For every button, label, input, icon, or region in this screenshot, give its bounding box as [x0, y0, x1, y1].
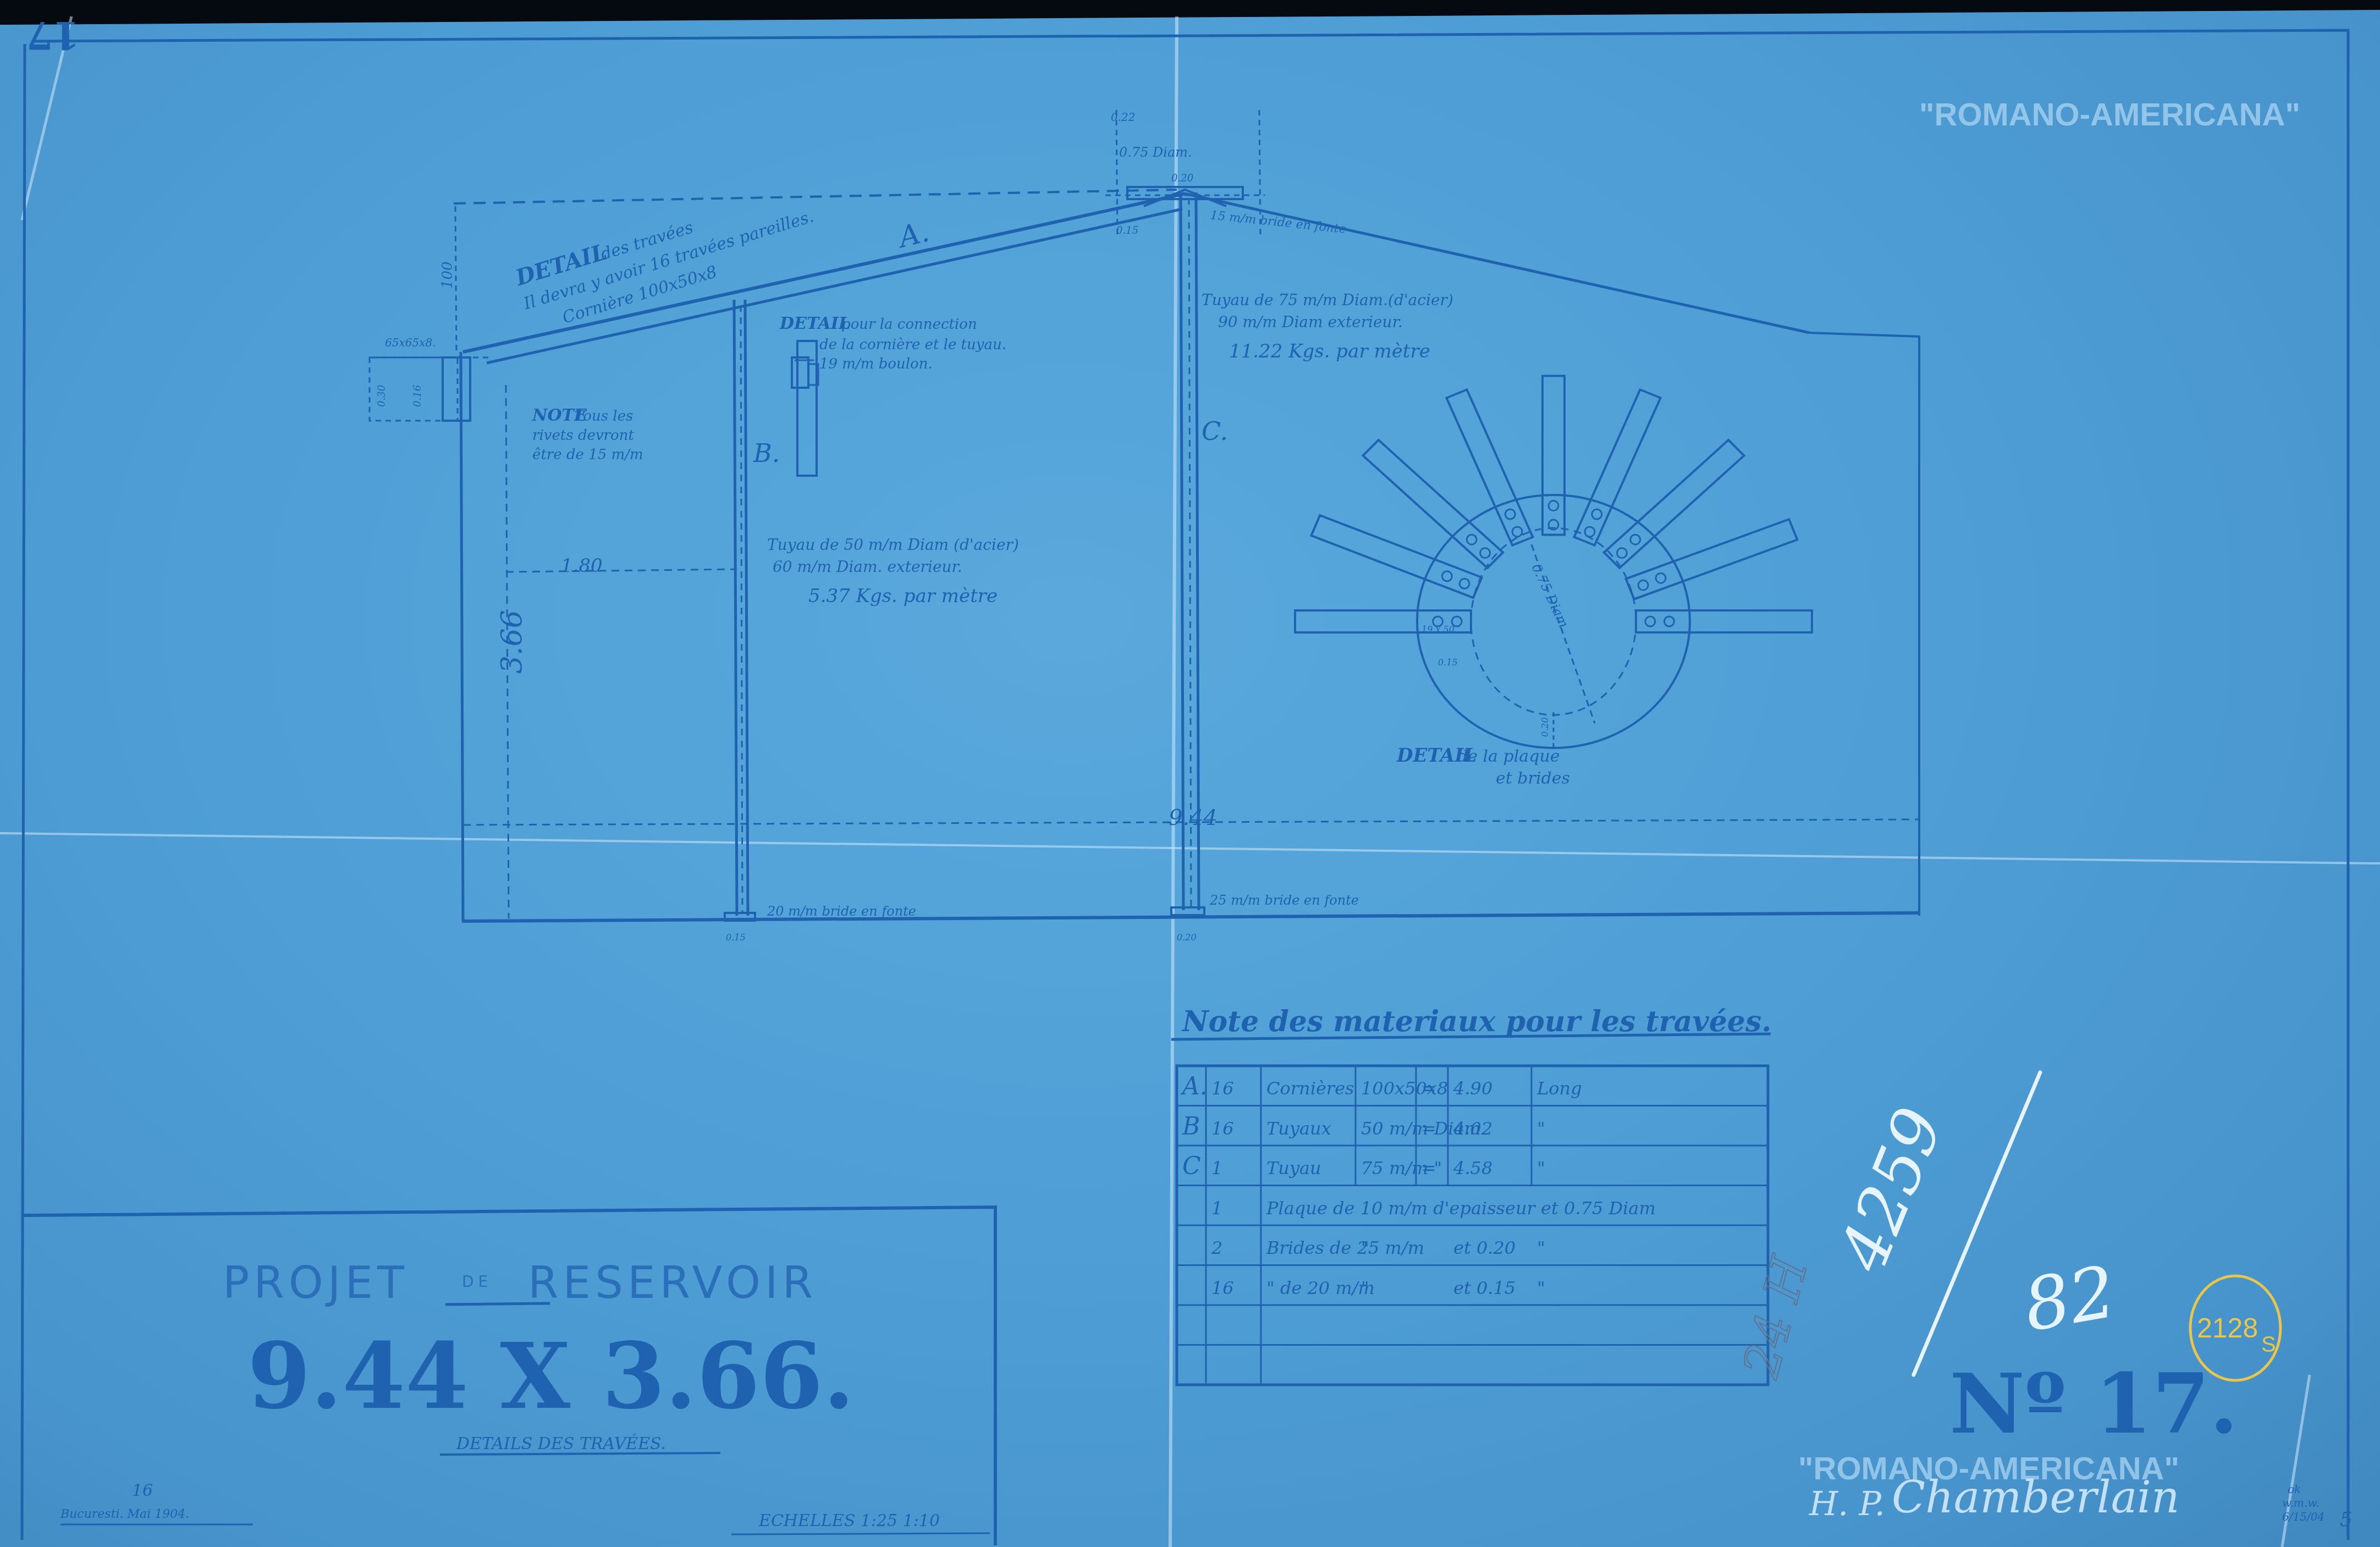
- table-cell-eq: =: [1422, 1078, 1436, 1099]
- svg-text:19 m/m boulon.: 19 m/m boulon.: [819, 356, 933, 372]
- svg-text:5: 5: [2340, 1509, 2353, 1531]
- svg-text:0.22: 0.22: [1111, 111, 1136, 124]
- svg-text:90 m/m Diam exterieur.: 90 m/m Diam exterieur.: [1218, 313, 1403, 331]
- table-cell-qty: 1: [1211, 1198, 1222, 1219]
- materials-table: Note des materiaux pour les travées. A.1…: [1171, 1005, 1771, 1385]
- table-cell-item: Plaque de 10 m/m d'epaisseur et 0.75 Dia…: [1266, 1198, 1656, 1219]
- svg-text:9.44: 9.44: [1169, 805, 1217, 830]
- project-de: DE: [462, 1273, 492, 1291]
- table-cell-qty: 16: [1211, 1278, 1234, 1298]
- svg-text:11.22 Kgs. par mètre: 11.22 Kgs. par mètre: [1229, 340, 1430, 362]
- svg-text:0.15: 0.15: [1438, 657, 1458, 668]
- svg-text:w.m.w.: w.m.w.: [2282, 1496, 2320, 1510]
- label-c: C.: [1202, 416, 1228, 446]
- sheet-border: [22, 30, 2348, 1540]
- svg-text:ok: ok: [2288, 1483, 2301, 1496]
- corner-mark: 17: [26, 13, 80, 58]
- table-cell-unit: ": [1537, 1237, 1545, 1258]
- table-cell-qty: 16: [1211, 1078, 1234, 1099]
- table-cell-unit: ": [1537, 1158, 1545, 1179]
- svg-text:Tuyau de 75 m/m Diam.(d'acier): Tuyau de 75 m/m Diam.(d'acier): [1202, 291, 1453, 309]
- plate-spoke: [1626, 519, 1798, 599]
- table-cell-item: Brides de 25 m/m: [1266, 1237, 1424, 1258]
- table-cell-spec: ": [1361, 1278, 1369, 1298]
- svg-text:et brides: et brides: [1496, 769, 1570, 788]
- svg-text:S: S: [2261, 1333, 2276, 1357]
- svg-text:0.20: 0.20: [1177, 932, 1197, 943]
- svg-text:0.75 Diam.: 0.75 Diam.: [1119, 145, 1192, 160]
- plate-spoke: [1312, 515, 1482, 598]
- blueprint-drawing: 17 "ROMANO-AMERICANA" "ROMANO-AMERICANA": [0, 0, 2380, 1547]
- svg-text:Tous les: Tous les: [575, 408, 633, 425]
- table-cell-item: Tuyaux: [1266, 1118, 1331, 1139]
- svg-text:DETAIL: DETAIL: [779, 314, 850, 333]
- project-word1: PROJET: [223, 1257, 409, 1308]
- plate-detail: 0.75 Diam. 19 x 50 0.15 0.20: [1295, 376, 1812, 748]
- project-word2: RESERVOIR: [528, 1257, 817, 1308]
- svg-text:Tuyau de 50 m/m Diam (d'acier): Tuyau de 50 m/m Diam (d'acier): [767, 536, 1019, 554]
- table-cell-length: 4.58: [1453, 1158, 1492, 1179]
- chalk-fraction-top: 4259: [1825, 1098, 1959, 1282]
- svg-text:65x65x8.: 65x65x8.: [385, 336, 436, 349]
- table-cell-unit: ": [1537, 1278, 1545, 1298]
- chalk-fraction-bottom: 82: [2018, 1249, 2122, 1347]
- table-cell-length: 4.90: [1453, 1078, 1492, 1099]
- table-cell-eq: =: [1422, 1158, 1436, 1179]
- svg-text:16: 16: [132, 1481, 153, 1500]
- svg-text:pour la connection: pour la connection: [841, 316, 977, 333]
- svg-text:0.75 Diam.: 0.75 Diam.: [1529, 561, 1573, 634]
- table-cell-unit: Long: [1536, 1078, 1582, 1099]
- materials-title: Note des materiaux pour les travées.: [1181, 1005, 1771, 1038]
- elevation-drawing: [370, 110, 1919, 921]
- title-block: PROJET DE RESERVOIR 9.44 X 3.66. DETAILS…: [22, 1207, 995, 1545]
- svg-text:être de 15 m/m: être de 15 m/m: [532, 447, 643, 463]
- place-date: Bucuresti. Mai 1904.: [60, 1507, 189, 1521]
- table-cell-qty: 16: [1211, 1118, 1234, 1139]
- svg-text:5.37 Kgs. par mètre: 5.37 Kgs. par mètre: [808, 585, 998, 607]
- table-cell-mark: C: [1182, 1152, 1201, 1180]
- sheet-number: Nº 17.: [1949, 1356, 2238, 1452]
- subtitle: DETAILS DES TRAVÉES.: [456, 1434, 666, 1454]
- label-b: B.: [753, 438, 780, 468]
- svg-text:0.30: 0.30: [376, 385, 388, 407]
- tank-dimensions: 9.44 X 3.66.: [247, 1323, 855, 1429]
- svg-text:0.16: 0.16: [412, 385, 423, 407]
- table-cell-qty: 1: [1211, 1158, 1222, 1179]
- table-cell-length: et 0.15: [1453, 1278, 1516, 1298]
- scales: ECHELLES 1:25 1:10: [758, 1511, 940, 1531]
- svg-text:15 m/m bride en fonte: 15 m/m bride en fonte: [1209, 208, 1347, 236]
- svg-text:0.15: 0.15: [1116, 225, 1138, 236]
- svg-text:3.66: 3.66: [495, 610, 528, 674]
- scan-edge: [0, 0, 2380, 25]
- svg-text:60 m/m Diam. exterieur.: 60 m/m Diam. exterieur.: [773, 558, 962, 576]
- svg-text:6/15/04: 6/15/04: [2282, 1510, 2324, 1523]
- table-cell-item: Tuyau: [1266, 1158, 1321, 1179]
- table-cell-mark: B: [1182, 1113, 1200, 1141]
- svg-text:0.20: 0.20: [1171, 173, 1193, 184]
- svg-text:20 m/m bride en fonte: 20 m/m bride en fonte: [767, 904, 916, 919]
- blueprint-sheet: 17 "ROMANO-AMERICANA" "ROMANO-AMERICANA": [0, 0, 2380, 1547]
- table-cell-eq: =: [1422, 1118, 1436, 1139]
- table-cell-spec: ": [1361, 1237, 1369, 1258]
- table-cell-item: " de 20 m/m: [1266, 1278, 1375, 1298]
- stamp-number: 2128: [2197, 1313, 2258, 1344]
- table-cell-unit: ": [1537, 1118, 1545, 1139]
- svg-text:0.20: 0.20: [1540, 717, 1550, 737]
- elevation-labels: A. B. C. DETAIL des travées Il devra y a…: [376, 111, 1453, 943]
- pencil-mark: 24 H: [1732, 1250, 1820, 1384]
- watermark-top: "ROMANO-AMERICANA": [1919, 97, 2300, 133]
- plate-spoke: [1446, 390, 1533, 546]
- svg-text:de la cornière et le tuyau.: de la cornière et le tuyau.: [819, 337, 1006, 353]
- table-cell-length: et 0.20: [1453, 1237, 1516, 1258]
- table-cell-item: Cornières: [1266, 1078, 1354, 1099]
- signature-initials: H. P.: [1809, 1485, 1885, 1523]
- svg-text:1.80: 1.80: [561, 555, 603, 577]
- svg-text:25 m/m bride en fonte: 25 m/m bride en fonte: [1209, 893, 1359, 908]
- svg-text:de la plaque: de la plaque: [1457, 747, 1560, 766]
- svg-text:0.15: 0.15: [726, 932, 746, 943]
- signature-name: Chamberlain: [1892, 1472, 2179, 1523]
- table-cell-length: 4.02: [1453, 1118, 1492, 1139]
- plate-spoke: [1574, 390, 1661, 546]
- table-cell-mark: A.: [1180, 1072, 1208, 1100]
- svg-text:100: 100: [439, 261, 456, 289]
- svg-text:rivets devront: rivets devront: [532, 427, 634, 444]
- svg-text:19 x 50: 19 x 50: [1422, 624, 1455, 635]
- plate-spoke: [1636, 610, 1812, 632]
- table-cell-qty: 2: [1211, 1237, 1222, 1258]
